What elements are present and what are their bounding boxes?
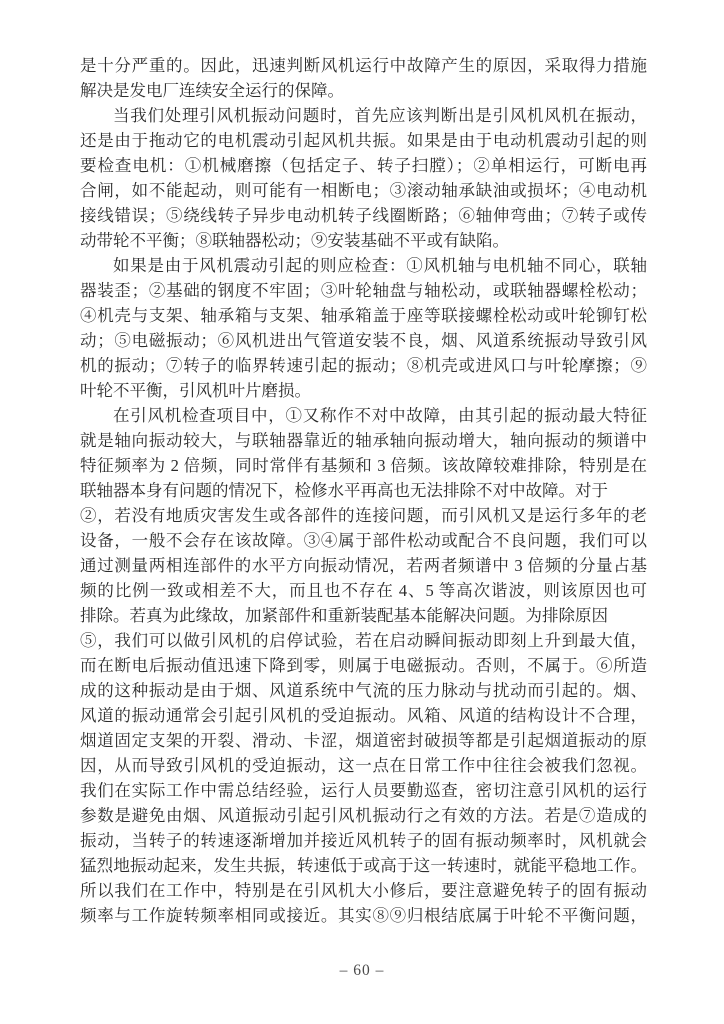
text-line: 通过测量两相连部件的水平方向振动情况，若两者频谱中 3 倍频的分量占基 bbox=[80, 553, 647, 578]
text-line: 排除。若真为此缘故，加紧部件和重新装配基本能解决问题。为排除原因 bbox=[80, 603, 647, 628]
text-line: 动；⑤电磁振动；⑥风机进出气管道安装不良，烟、风道系统振动导致引风 bbox=[80, 328, 647, 353]
text-line: 烟道固定支架的开裂、滑动、卡涩，烟道密封破损等都是引起烟道振动的原 bbox=[80, 728, 647, 753]
text-line: 风道的振动通常会引起引风机的受迫振动。风箱、风道的结构设计不合理， bbox=[80, 703, 647, 728]
text-line: ⑤，我们可以做引风机的启停试验，若在启动瞬间振动即刻上升到最大值， bbox=[80, 628, 647, 653]
text-line: 频率与工作旋转频率相同或接近。其实⑧⑨归根结底属于叶轮不平衡问题， bbox=[80, 903, 647, 928]
text-line: 频的比例一致或相差不大，而且也不存在 4、5 等高次谐波，则该原因也可 bbox=[80, 578, 647, 603]
text-line: 如果是由于风机震动引起的则应检查：①风机轴与电机轴不同心，联轴 bbox=[80, 253, 647, 278]
page-number: – 60 – bbox=[0, 959, 724, 983]
text-line: 猛烈地振动起来，发生共振，转速低于或高于这一转速时，就能平稳地工作。 bbox=[80, 853, 647, 878]
text-line: 成的这种振动是由于烟、风道系统中气流的压力脉动与扰动而引起的。烟、 bbox=[80, 678, 647, 703]
text-line: 还是由于拖动它的电机震动引起风机共振。如果是由于电动机震动引起的则 bbox=[80, 128, 647, 153]
text-line: 联轴器本身有问题的情况下，检修水平再高也无法排除不对中故障。对于 bbox=[80, 478, 647, 503]
text-line: 设备，一般不会存在该故障。③④属于部件松动或配合不良问题，我们可以 bbox=[80, 528, 647, 553]
text-line: 因，从而导致引风机的受迫振动，这一点在日常工作中往往会被我们忽视。 bbox=[80, 753, 647, 778]
text-line: 机的振动；⑦转子的临界转速引起的振动；⑧机壳或进风口与叶轮摩擦；⑨ bbox=[80, 353, 647, 378]
text-line: 解决是发电厂连续安全运行的保障。 bbox=[80, 78, 647, 103]
text-line: 我们在实际工作中需总结经验，运行人员要勤巡查，密切注意引风机的运行 bbox=[80, 778, 647, 803]
text-line: 合闸，如不能起动，则可能有一相断电；③滚动轴承缺油或损坏；④电动机 bbox=[80, 178, 647, 203]
text-line: ④机壳与支架、轴承箱与支架、轴承箱盖于座等联接螺栓松动或叶轮铆钉松 bbox=[80, 303, 647, 328]
text-line: 接线错误；⑤绕线转子异步电动机转子线圈断路；⑥轴伸弯曲；⑦转子或传 bbox=[80, 203, 647, 228]
text-line: 就是轴向振动较大，与联轴器靠近的轴承轴向振动增大，轴向振动的频谱中 bbox=[80, 428, 647, 453]
text-line: 振动，当转子的转速逐渐增加并接近风机转子的固有振动频率时，风机就会 bbox=[80, 828, 647, 853]
text-line: 器装歪；②基础的钢度不牢固；③叶轮轴盘与轴松动，或联轴器螺栓松动； bbox=[80, 278, 647, 303]
text-line: 在引风机检查项目中，①又称作不对中故障，由其引起的振动最大特征 bbox=[80, 403, 647, 428]
text-line: 叶轮不平衡，引风机叶片磨损。 bbox=[80, 378, 647, 403]
text-line: ②，若没有地质灾害发生或各部件的连接问题，而引风机又是运行多年的老 bbox=[80, 503, 647, 528]
text-line: 动带轮不平衡；⑧联轴器松动；⑨安装基础不平或有缺陷。 bbox=[80, 228, 647, 253]
document-page: 是十分严重的。因此，迅速判断风机运行中故障产生的原因，采取得力措施 解决是发电厂… bbox=[0, 0, 724, 1024]
text-line: 要检查电机：①机械磨擦（包括定子、转子扫膛）；②单相运行，可断电再 bbox=[80, 153, 647, 178]
text-line: 参数是避免由烟、风道振动引起引风机振动行之有效的方法。若是⑦造成的 bbox=[80, 803, 647, 828]
text-line: 特征频率为 2 倍频，同时常伴有基频和 3 倍频。该故障较难排除，特别是在 bbox=[80, 453, 647, 478]
text-line: 所以我们在工作中，特别是在引风机大小修后，要注意避免转子的固有振动 bbox=[80, 878, 647, 903]
text-line: 是十分严重的。因此，迅速判断风机运行中故障产生的原因，采取得力措施 bbox=[80, 53, 647, 78]
body-text: 是十分严重的。因此，迅速判断风机运行中故障产生的原因，采取得力措施 解决是发电厂… bbox=[80, 53, 647, 928]
text-line: 而在断电后振动值迅速下降到零，则属于电磁振动。否则，不属于。⑥所造 bbox=[80, 653, 647, 678]
text-line: 当我们处理引风机振动问题时，首先应该判断出是引风机风机在振动， bbox=[80, 103, 647, 128]
